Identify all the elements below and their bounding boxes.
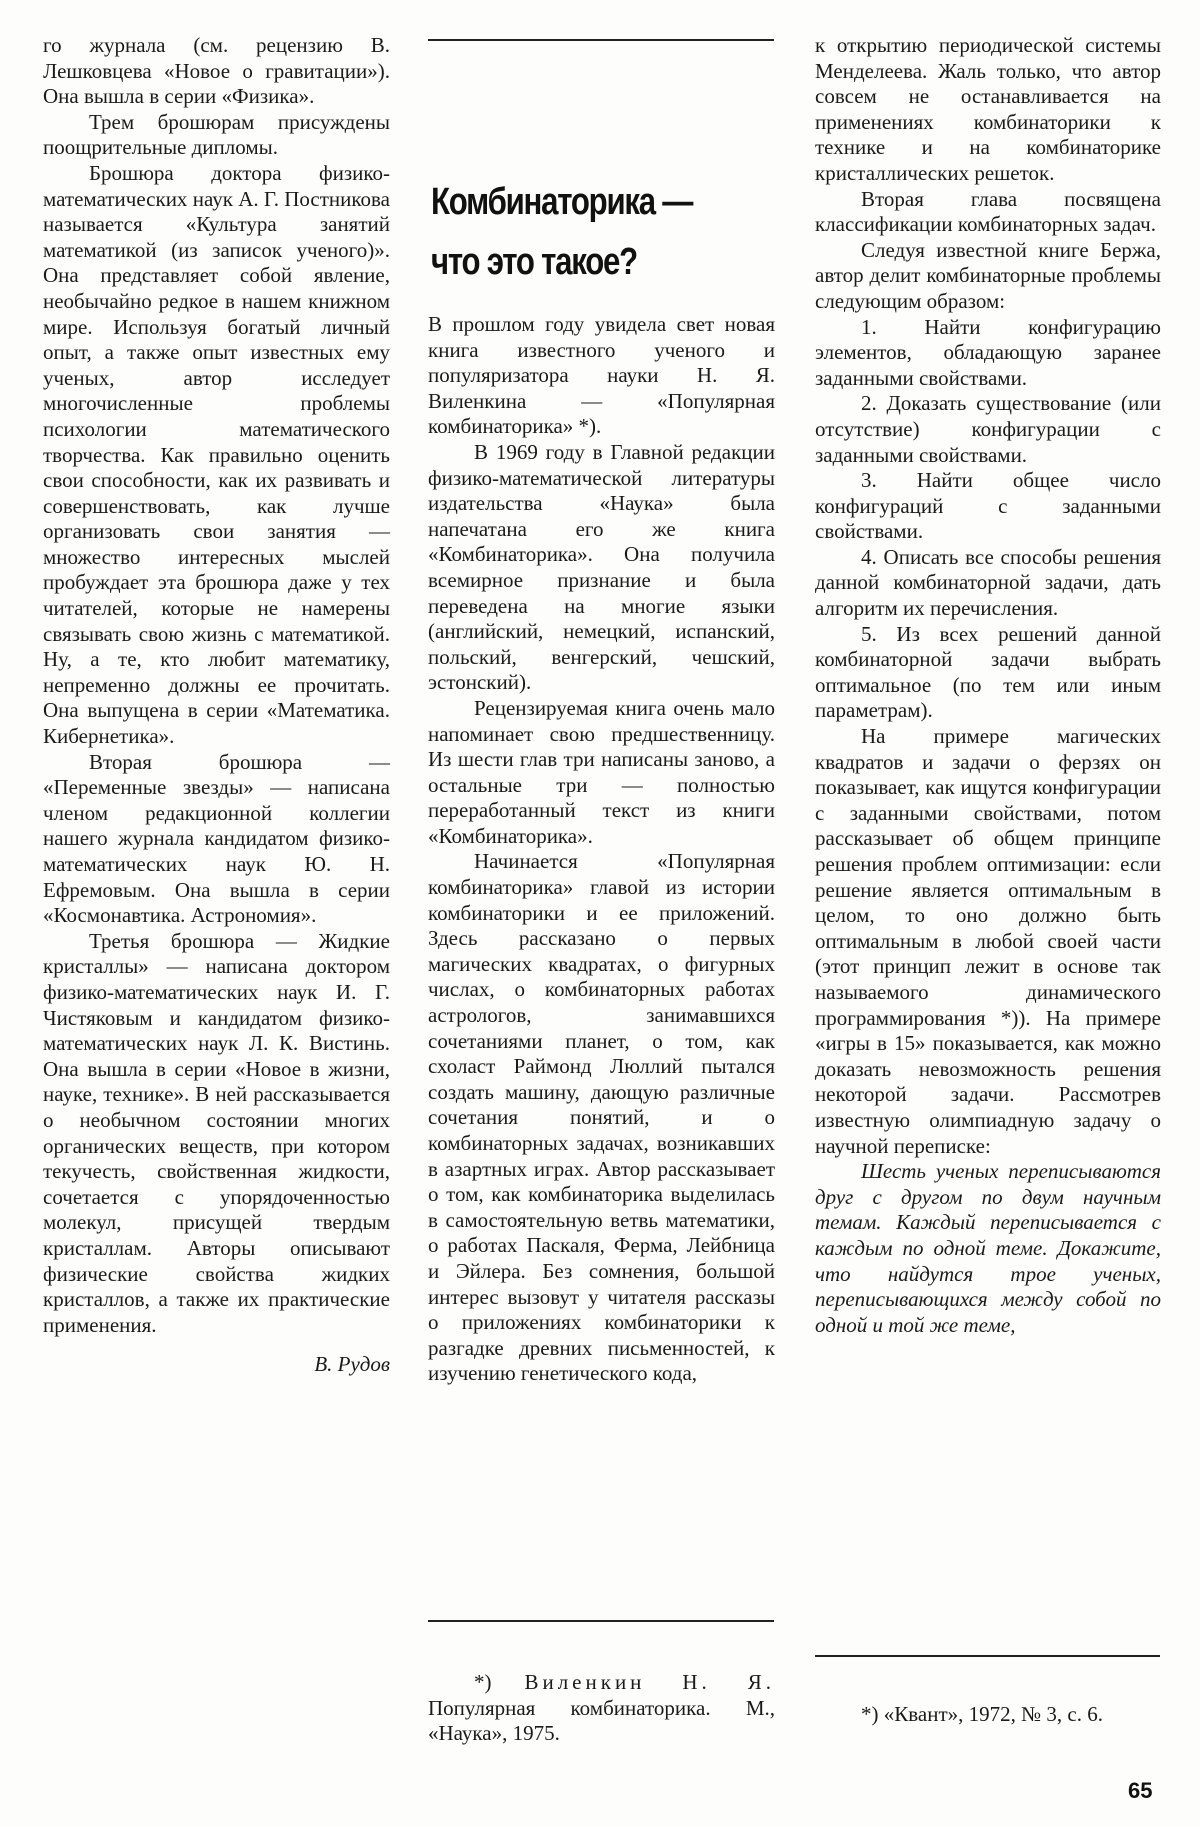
author-signature: В. Рудов [43,1352,390,1378]
top-divider-rule [428,39,774,41]
list-item: 1. Найти конфигурацию элементов, обладаю… [815,315,1161,392]
page-number: 65 [1128,1778,1152,1804]
paragraph: Вторая брошюра — «Переменные звезды» — н… [43,750,390,929]
paragraph: Рецензируемая книга очень мало напоминае… [428,696,775,850]
list-item: 3. Найти общее число конфигураций с зада… [815,468,1161,545]
footnote: *) «Квант», 1972, № 3, с. 6. [815,1702,1161,1728]
middle-column: В прошлом году увидела свет новая книга … [428,312,775,1387]
footnote-reference: Популярная комбинаторика. М., «Наука», 1… [428,1696,775,1746]
paragraph: Третья брошюра — Жидкие кристаллы» — нап… [43,929,390,1339]
footnote-author: Виленкин Н. Я. [524,1670,775,1694]
right-column: к открытию периодической системы Менделе… [815,33,1161,1338]
left-column: го журнала (см. рецензию В. Лешковцева «… [43,33,390,1378]
problem-statement: Шесть ученых переписываются друг с друго… [815,1159,1161,1338]
paragraph: Вторая глава посвящена классификации ком… [815,187,1161,238]
list-item: 2. Доказать существование (или отсутстви… [815,391,1161,468]
paragraph: На примере магических квадратов и задачи… [815,724,1161,1159]
paragraph: В 1969 году в Главной редакции физико-ма… [428,440,775,696]
paragraph: к открытию периодической системы Менделе… [815,33,1161,187]
paragraph: Трем брошюрам присуждены поощрительные д… [43,110,390,161]
paragraph: Начинается «Популярная комбинаторика» гл… [428,849,775,1386]
footnote-marker: *) [474,1670,492,1694]
footnote: *) Виленкин Н. Я. Популярная комбинатори… [428,1670,775,1747]
footnote-text: *) «Квант», 1972, № 3, с. 6. [815,1702,1161,1728]
footnote-divider-rule [428,1620,774,1622]
footnote-divider-rule [815,1655,1160,1657]
article-title: Комбинаторика — что это такое? [431,172,726,292]
paragraph: го журнала (см. рецензию В. Лешковцева «… [43,33,390,110]
paragraph: В прошлом году увидела свет новая книга … [428,312,775,440]
paragraph: Следуя известной книге Бержа, автор дели… [815,238,1161,315]
list-item: 5. Из всех решений данной комбинаторной … [815,622,1161,724]
list-item: 4. Описать все способы решения данной ко… [815,545,1161,622]
paragraph: Брошюра доктора физико-математических на… [43,161,390,750]
article-title-line-2: что это такое? [431,232,726,292]
article-title-line-1: Комбинаторика — [431,172,726,232]
